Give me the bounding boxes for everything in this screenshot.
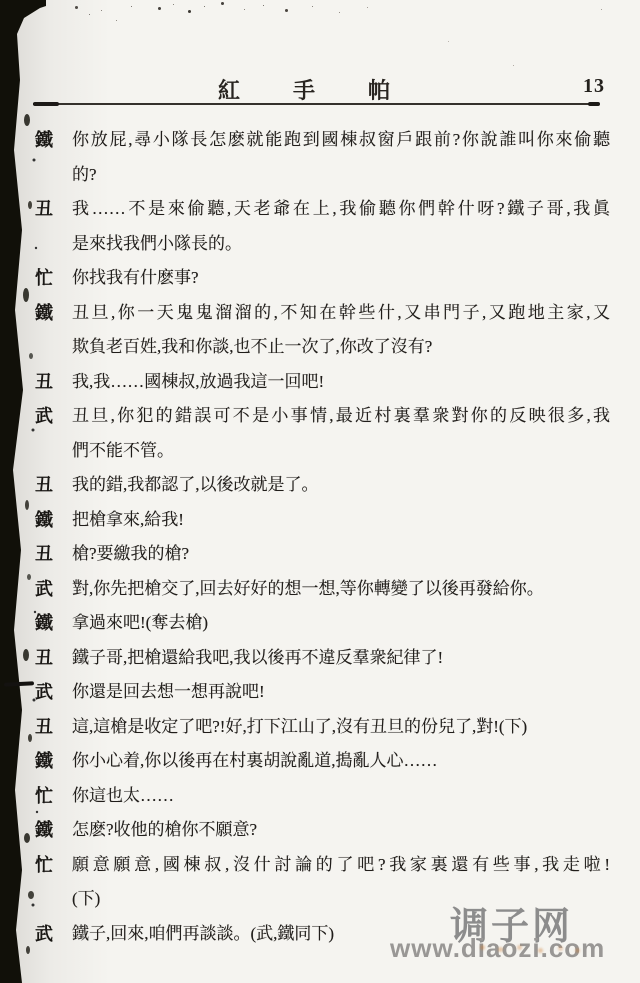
dialogue-text: 這,這槍是收定了吧?!好,打下江山了,沒有丑旦的份兒了,對!(下) <box>72 710 610 745</box>
speaker-label: 武 <box>35 917 53 952</box>
dialogue-text: 丑旦,你一天鬼鬼溜溜的,不知在幹些什,又串門子,又跑地主家,又欺負老百姓,我和你… <box>72 296 610 365</box>
speaker-label: 丑 <box>35 537 53 572</box>
dialogue-line: 鐵 把槍拿來,給我! <box>35 503 610 538</box>
scan-speckles <box>0 0 3 3</box>
dialogue-text: 我,我……國棟叔,放過我這一回吧! <box>72 365 610 400</box>
header-rule <box>33 103 598 105</box>
dialogue-row: 的? <box>72 158 610 193</box>
dialogue-text: 我的錯,我都認了,以後改就是了。 <box>72 468 610 503</box>
dialogue-row: 你放屁,尋小隊長怎麽就能跑到國棟叔窗戶跟前?你說誰叫你來偷聽 <box>72 123 610 158</box>
dialogue-row: 你還是回去想一想再說吧! <box>72 675 610 710</box>
watermark-site-url: www.diaozi.com <box>390 933 605 964</box>
speaker-label: 丑 <box>35 641 53 676</box>
page-title: 紅手帕 <box>218 74 443 105</box>
dialogue-text: 你小心着,你以後再在村裏胡說亂道,搗亂人心…… <box>72 744 610 779</box>
speaker-label: 武 <box>35 675 53 710</box>
watermark-artifact <box>480 945 485 950</box>
dialogue-row: 我的錯,我都認了,以後改就是了。 <box>72 468 610 503</box>
dialogue-line: 丑 槍?要繳我的槍? <box>35 537 610 572</box>
speaker-label: 鐵 <box>35 813 53 848</box>
dialogue-line: 鐵 拿過來吧!(奪去槍) <box>35 606 610 641</box>
speaker-label: 忙 <box>35 848 53 883</box>
dialogue-row: 我,我……國棟叔,放過我這一回吧! <box>72 365 610 400</box>
dialogue-row: 槍?要繳我的槍? <box>72 537 610 572</box>
dialogue-row: 們不能不管。 <box>72 434 610 469</box>
speaker-label: 丑 <box>35 365 53 400</box>
dialogue-row: 你找我有什麽事? <box>72 261 610 296</box>
dialogue-list: 鐵 你放屁,尋小隊長怎麽就能跑到國棟叔窗戶跟前?你說誰叫你來偷聽的? 丑 我……… <box>35 123 610 951</box>
dialogue-row: 對,你先把槍交了,回去好好的想一想,等你轉變了以後再發給你。 <box>72 572 610 607</box>
dialogue-text: 你找我有什麽事? <box>72 261 610 296</box>
speaker-label: 丑 <box>35 468 53 503</box>
dialogue-text: 鐵子哥,把槍還給我吧,我以後再不違反羣衆紀律了! <box>72 641 610 676</box>
dialogue-text: 你還是回去想一想再說吧! <box>72 675 610 710</box>
dialogue-row: 鐵子哥,把槍還給我吧,我以後再不違反羣衆紀律了! <box>72 641 610 676</box>
dialogue-text: 對,你先把槍交了,回去好好的想一想,等你轉變了以後再發給你。 <box>72 572 610 607</box>
dialogue-line: 丑 我的錯,我都認了,以後改就是了。 <box>35 468 610 503</box>
dialogue-row: 欺負老百姓,我和你談,也不止一次了,你改了沒有? <box>72 330 610 365</box>
dialogue-row: 我……不是來偷聽,天老爺在上,我偷聽你們幹什呀?鐵子哥,我眞 <box>72 192 610 227</box>
dialogue-row: 你這也太…… <box>72 779 610 814</box>
dialogue-line: 武 你還是回去想一想再說吧! <box>35 675 610 710</box>
dialogue-row: 把槍拿來,給我! <box>72 503 610 538</box>
dialogue-line: 鐵 你放屁,尋小隊長怎麽就能跑到國棟叔窗戶跟前?你說誰叫你來偷聽的? <box>35 123 610 192</box>
dialogue-text: 你放屁,尋小隊長怎麽就能跑到國棟叔窗戶跟前?你說誰叫你來偷聽的? <box>72 123 610 192</box>
page-scan: 紅手帕 13 鐵 你放屁,尋小隊長怎麽就能跑到國棟叔窗戶跟前?你說誰叫你來偷聽的… <box>0 0 640 983</box>
dialogue-line: 丑 我……不是來偷聽,天老爺在上,我偷聽你們幹什呀?鐵子哥,我眞是來找我們小隊長… <box>35 192 610 261</box>
dialogue-line: 鐵 怎麽?收他的槍你不願意? <box>35 813 610 848</box>
dialogue-row: 怎麽?收他的槍你不願意? <box>72 813 610 848</box>
dialogue-row: 拿過來吧!(奪去槍) <box>72 606 610 641</box>
speaker-label: 忙 <box>35 779 53 814</box>
dialogue-text: 拿過來吧!(奪去槍) <box>72 606 610 641</box>
dialogue-text: 我……不是來偷聽,天老爺在上,我偷聽你們幹什呀?鐵子哥,我眞是來找我們小隊長的。 <box>72 192 610 261</box>
dialogue-line: 丑 這,這槍是收定了吧?!好,打下江山了,沒有丑旦的份兒了,對!(下) <box>35 710 610 745</box>
speaker-label: 武 <box>35 572 53 607</box>
dialogue-line: 鐵 丑旦,你一天鬼鬼溜溜的,不知在幹些什,又串門子,又跑地主家,又欺負老百姓,我… <box>35 296 610 365</box>
dialogue-text: 槍?要繳我的槍? <box>72 537 610 572</box>
dialogue-row: 這,這槍是收定了吧?!好,打下江山了,沒有丑旦的份兒了,對!(下) <box>72 710 610 745</box>
speaker-label: 丑 <box>35 710 53 745</box>
speaker-label: 鐵 <box>35 123 53 158</box>
dialogue-line: 丑 我,我……國棟叔,放過我這一回吧! <box>35 365 610 400</box>
dialogue-line: 鐵 你小心着,你以後再在村裏胡說亂道,搗亂人心…… <box>35 744 610 779</box>
dialogue-text: 把槍拿來,給我! <box>72 503 610 538</box>
dialogue-text: 丑旦,你犯的錯誤可不是小事情,最近村裏羣衆對你的反映很多,我們不能不管。 <box>72 399 610 468</box>
dialogue-text: 你這也太…… <box>72 779 610 814</box>
speaker-label: 鐵 <box>35 296 53 331</box>
dialogue-line: 忙 你這也太…… <box>35 779 610 814</box>
speaker-label: 鐵 <box>35 503 53 538</box>
speaker-label: 武 <box>35 399 53 434</box>
speaker-label: 忙 <box>35 261 53 296</box>
speaker-label: 丑 <box>35 192 53 227</box>
dialogue-row: 丑旦,你犯的錯誤可不是小事情,最近村裏羣衆對你的反映很多,我 <box>72 399 610 434</box>
dialogue-row: 丑旦,你一天鬼鬼溜溜的,不知在幹些什,又串門子,又跑地主家,又 <box>72 296 610 331</box>
watermark: 调子网 www.diaozi.com <box>390 893 640 983</box>
dialogue-line: 武 丑旦,你犯的錯誤可不是小事情,最近村裏羣衆對你的反映很多,我們不能不管。 <box>35 399 610 468</box>
speaker-label: 鐵 <box>35 744 53 779</box>
dialogue-text: 怎麽?收他的槍你不願意? <box>72 813 610 848</box>
page-number: 13 <box>583 75 605 98</box>
dialogue-line: 丑 鐵子哥,把槍還給我吧,我以後再不違反羣衆紀律了! <box>35 641 610 676</box>
dialogue-row: 你小心着,你以後再在村裏胡說亂道,搗亂人心…… <box>72 744 610 779</box>
speaker-label: 鐵 <box>35 606 53 641</box>
dialogue-row: 願意願意,國棟叔,沒什討論的了吧?我家裏還有些事,我走啦! <box>72 848 610 883</box>
dialogue-line: 武 對,你先把槍交了,回去好好的想一想,等你轉變了以後再發給你。 <box>35 572 610 607</box>
dialogue-line: 忙 你找我有什麽事? <box>35 261 610 296</box>
dialogue-row: 是來找我們小隊長的。 <box>72 227 610 262</box>
